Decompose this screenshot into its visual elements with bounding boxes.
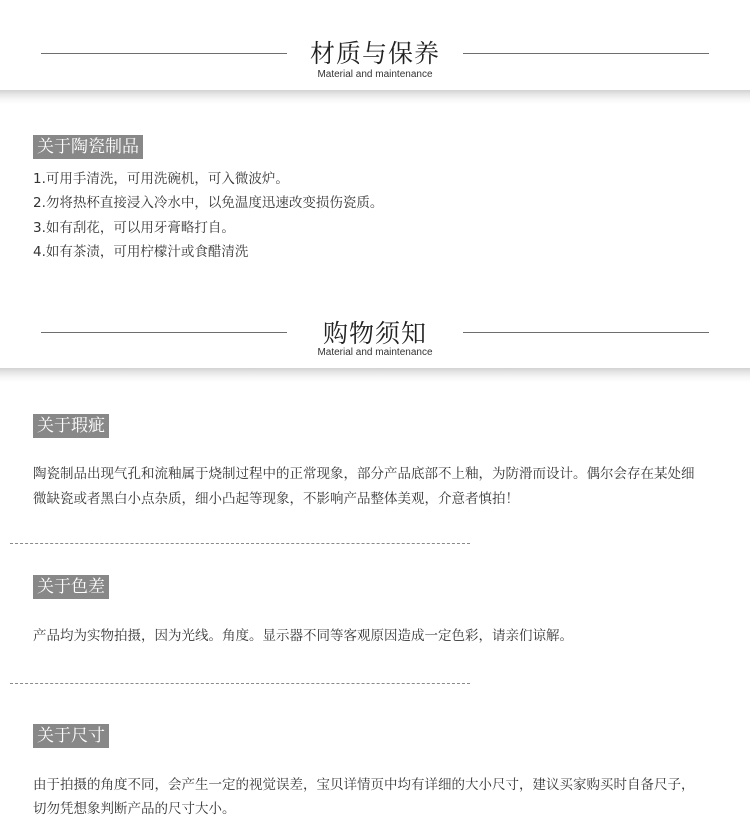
size-text-line-2: 切勿凭想象判断产品的尺寸大小。 [33, 800, 236, 818]
care-item-3: 3.如有刮花，可以用牙膏略打自。 [33, 219, 235, 237]
section-subtitle: Material and maintenance [0, 347, 750, 358]
tag-size: 关于尺寸 [33, 724, 109, 748]
care-item-2: 2.勿将热杯直接浸入冷水中，以免温度迅速改变损伤瓷质。 [33, 194, 383, 212]
divider [10, 543, 470, 544]
section-title: 材质与保养 [0, 34, 750, 70]
header-shadow [0, 90, 750, 104]
header-shadow [0, 368, 750, 382]
header-rule-right [463, 332, 709, 333]
tag-flaws: 关于瑕疵 [33, 414, 109, 438]
section-header-material: 材质与保养 Material and maintenance [0, 0, 750, 90]
tag-color-difference: 关于色差 [33, 575, 109, 599]
care-item-4: 4.如有茶渍，可用柠檬汁或食醋清洗 [33, 243, 248, 261]
section-header-shopping: 购物须知 Material and maintenance [0, 290, 750, 368]
flaws-text-line-2: 微缺瓷或者黑白小点杂质，细小凸起等现象，不影响产品整体美观，介意者慎拍！ [33, 490, 519, 508]
flaws-text-line-1: 陶瓷制品出现气孔和流釉属于烧制过程中的正常现象，部分产品底部不上釉，为防滑而设计… [33, 465, 695, 483]
size-text-line-1: 由于拍摄的角度不同，会产生一定的视觉误差，宝贝详情页中均有详细的大小尺寸，建议买… [33, 776, 695, 794]
divider [10, 683, 470, 684]
header-rule-right [463, 53, 709, 54]
color-difference-text: 产品均为实物拍摄，因为光线。角度。显示器不同等客观原因造成一定色彩，请亲们谅解。 [33, 627, 573, 645]
tag-ceramics: 关于陶瓷制品 [33, 135, 143, 159]
care-item-1: 1.可用手清洗，可用洗碗机，可入微波炉。 [33, 170, 289, 188]
section-subtitle: Material and maintenance [0, 69, 750, 80]
